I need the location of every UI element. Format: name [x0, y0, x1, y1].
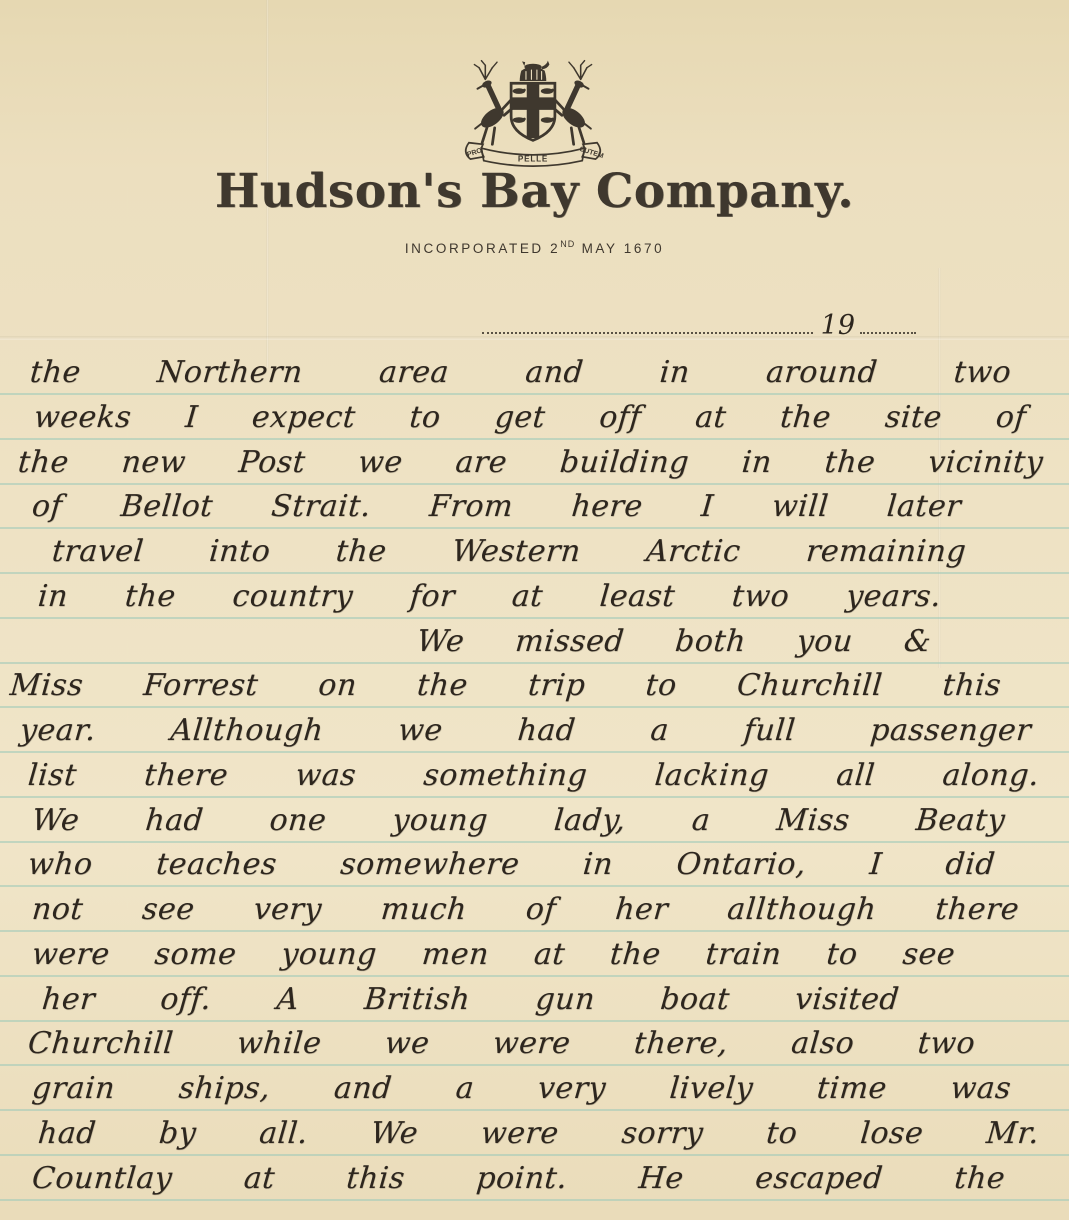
handwritten-line: Miss Forrest on the trip to Churchill th… [8, 666, 1003, 710]
handwritten-line: Churchill while we were there, also two [26, 1024, 977, 1068]
handwritten-line: Countlay at this point. He escaped the [30, 1159, 1007, 1203]
handwritten-line: in the country for at least two years. [36, 577, 943, 621]
handwriting: the Northern area and in around twoweeks… [0, 0, 1069, 1220]
handwritten-line: travel into the Western Arctic remaining [50, 532, 968, 576]
handwritten-line: weeks I expect to get off at the site of [32, 398, 1028, 442]
handwritten-line: year. Allthough we had a full passenger [18, 711, 1033, 755]
paper-sheet: PRO PELLE CUTEM Hudson's Bay Company. IN… [0, 0, 1069, 1220]
handwritten-line: We had one young lady, a Miss Beaty [30, 801, 1007, 845]
handwritten-line: grain ships, and a very lively time was [30, 1069, 1013, 1113]
handwritten-line: We missed both you & [415, 622, 933, 666]
letter-paper: PRO PELLE CUTEM Hudson's Bay Company. IN… [0, 0, 1069, 1220]
handwritten-line: who teaches somewhere in Ontario, I did [26, 845, 997, 889]
handwritten-line: had by all. We were sorry to lose Mr. [36, 1114, 1041, 1158]
handwritten-line: the new Post we are building in the vici… [16, 443, 1045, 487]
handwritten-line: her off. A British gun boat visited [40, 980, 901, 1024]
handwritten-line: list there was something lacking all alo… [26, 756, 1041, 800]
handwritten-line: of Bellot Strait. From here I will later [30, 487, 963, 531]
handwritten-line: the Northern area and in around two [28, 353, 1013, 397]
scanned-letter-page: PRO PELLE CUTEM Hudson's Bay Company. IN… [0, 0, 1069, 1220]
handwritten-line: not see very much of her allthough there [30, 890, 1021, 934]
handwritten-line: were some young men at the train to see [30, 935, 957, 979]
